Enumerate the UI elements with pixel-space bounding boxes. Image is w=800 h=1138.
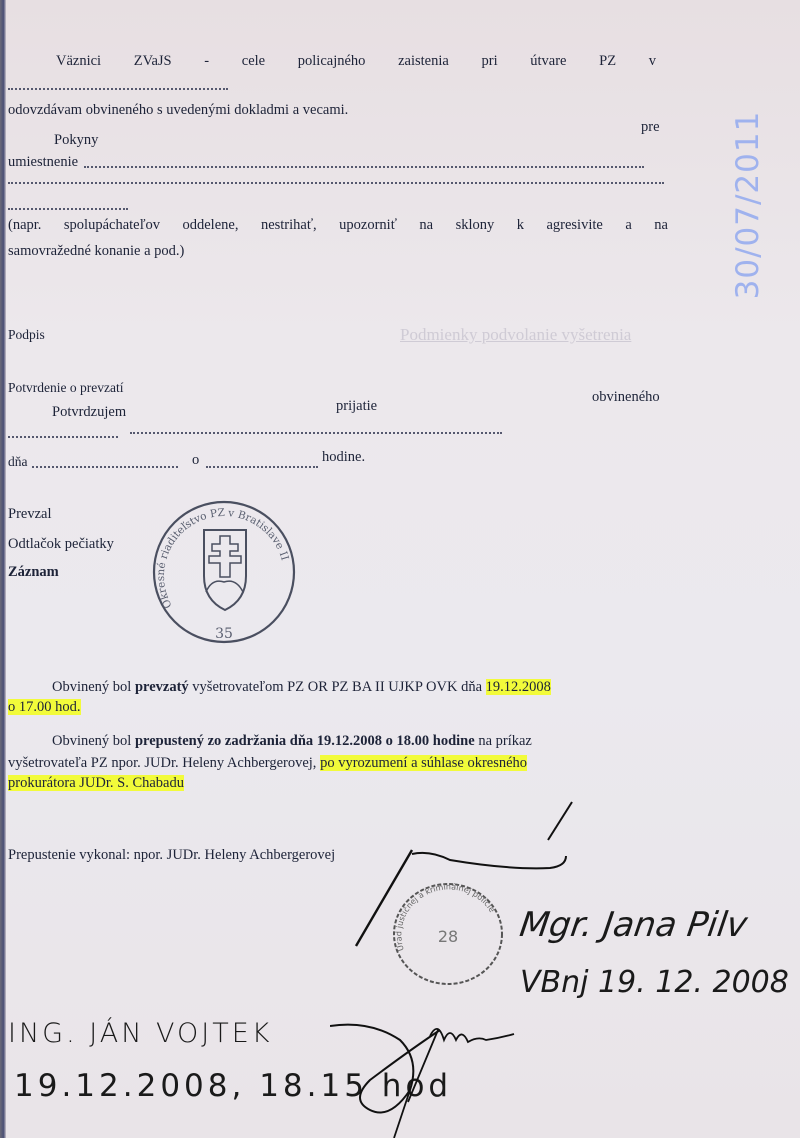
fill-line [130, 432, 502, 434]
note-line-1: (napr. spolupáchateľov oddelene, nestrih… [8, 218, 668, 233]
fill-line [8, 182, 664, 184]
highlight-date: 19.12.2008 [486, 679, 551, 695]
note-line-2: samovražedné konanie a pod.) [8, 244, 184, 259]
svg-text:28: 28 [438, 927, 458, 946]
highlight-consent: po vyrozumení a súhlase okresného [320, 755, 527, 771]
highlight-prosecutor: prokurátora JUDr. S. Chabadu [8, 775, 184, 791]
umiestnenie-label: umiestnenie [8, 155, 78, 170]
slovak-coat-of-arms-icon [204, 530, 246, 610]
potvrdenie-label: Potvrdenie o prevzatí [8, 381, 123, 395]
line-vaznici: Väznici ZVaJS - cele policajného zaisten… [56, 54, 656, 69]
fill-line [8, 208, 128, 210]
hodine-label: hodine. [322, 450, 365, 465]
show-through-heading: Podmienky podvolanie vyšetrenia [400, 325, 631, 345]
fill-line [32, 466, 178, 468]
dna-label: dňa [8, 455, 28, 469]
fill-line [8, 88, 228, 90]
handwritten-date-1: VBnj 19. 12. 2008 [520, 965, 789, 1000]
round-stamp-1: 35 Okresné riaditeľstvo PZ v Bratislave … [148, 496, 300, 648]
date-stamp: 30/07/2011 [718, 100, 778, 310]
para-prepusteny-line2: vyšetrovateľa PZ npor. JUDr. Heleny Achb… [8, 756, 527, 771]
potvrdzujem-label: Potvrdzujem [52, 405, 126, 420]
signature-vojtek [330, 1010, 590, 1138]
handwritten-signature-1: Mgr. Jana Pilv [517, 905, 750, 945]
para-prevzaty-line2: o 17.00 hod. [8, 700, 81, 715]
handwritten-name: ING. JÁN VOJTEK [8, 1018, 272, 1049]
fill-line [206, 466, 318, 468]
round-stamp-2: Úrad justičnej a kriminálnej polície 28 [390, 880, 510, 990]
para-prepusteny-line3: prokurátora JUDr. S. Chabadu [8, 776, 184, 791]
o-label: o [192, 453, 199, 468]
fill-line [84, 166, 644, 168]
pre-label: pre [641, 120, 660, 135]
podpis-label: Podpis [8, 328, 45, 342]
pokyny-label: Pokyny [54, 133, 98, 148]
obvineneho-label: obvineného [592, 390, 660, 405]
highlight-time: o 17.00 hod. [8, 699, 81, 715]
line-odovzdavam: odovzdávam obvineného s uvedenými doklad… [8, 103, 348, 118]
prevzal-label: Prevzal [8, 507, 51, 522]
page-edge-shadow [0, 0, 6, 1138]
odtlacok-label: Odtlačok pečiatky [8, 537, 114, 552]
fill-line [8, 436, 118, 438]
zaznam-label: Záznam [8, 565, 59, 580]
svg-text:35: 35 [215, 626, 233, 642]
para-prepusteny-line1: Obvinený bol prepustený zo zadržania dňa… [52, 734, 532, 749]
para-prevzaty-line1: Obvinený bol prevzatý vyšetrovateľom PZ … [52, 680, 551, 695]
prijatie-label: prijatie [336, 399, 377, 414]
prepustenie-vykonal: Prepustenie vykonal: npor. JUDr. Heleny … [8, 848, 335, 863]
